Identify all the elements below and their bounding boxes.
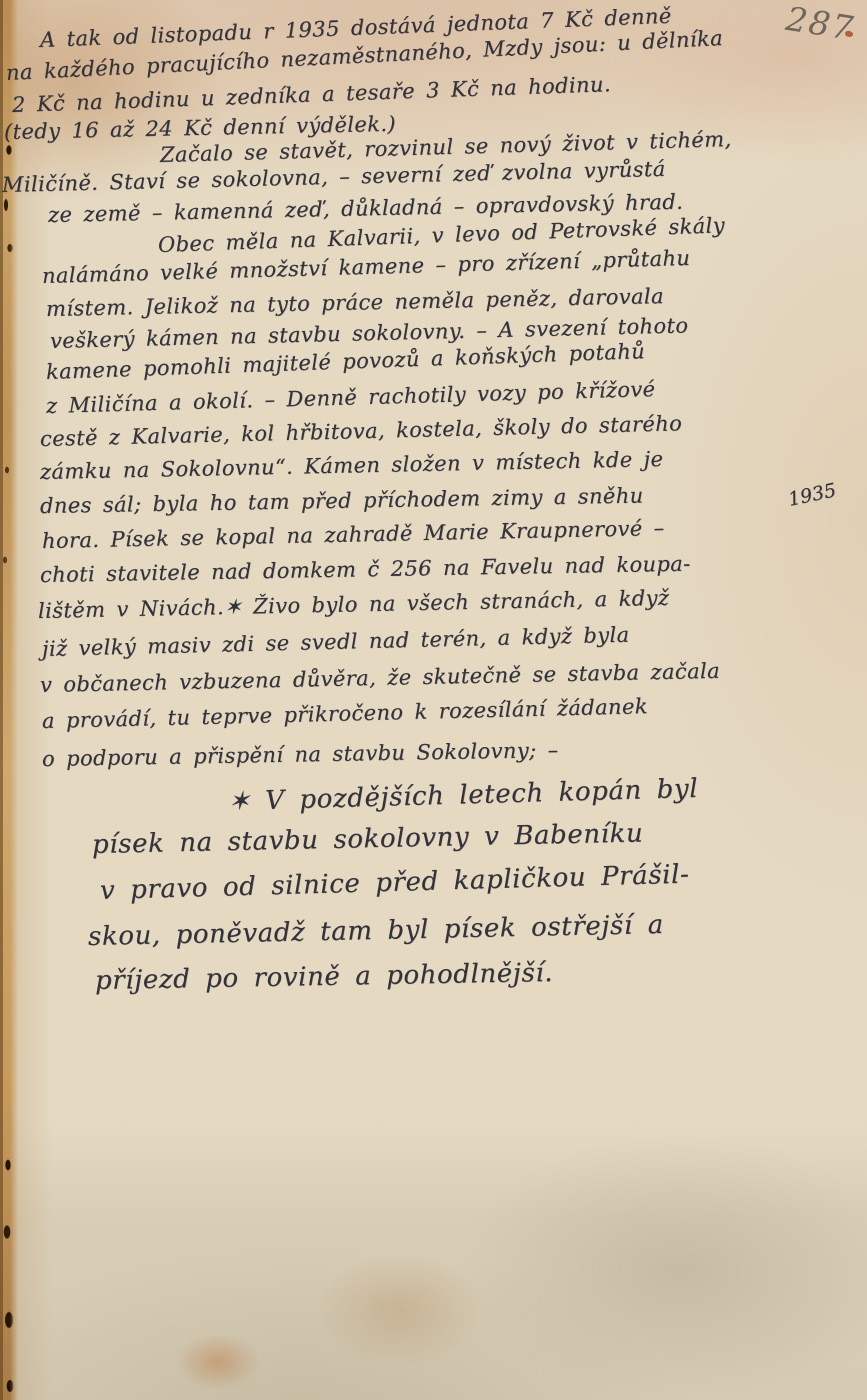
handwritten-line: již velký masiv zdi se svedl nad terén, …: [42, 623, 630, 661]
handwritten-line: v pravo od silnice před kapličkou Prášil…: [100, 860, 690, 906]
handwritten-line: dnes sál; byla ho tam před příchodem zim…: [40, 483, 644, 518]
handwritten-line: ✶ V pozdějších letech kopán byl: [228, 774, 699, 817]
handwritten-line: lištěm v Nivách.✶ Živo bylo na všech str…: [38, 586, 670, 623]
handwritten-line: písek na stavbu sokolovny v Babeníku: [92, 818, 644, 860]
handwritten-line: zámku na Sokolovnu“. Kámen složen v míst…: [40, 447, 664, 484]
handwritten-line: o podporu a přispění na stavbu Sokolovny…: [42, 738, 559, 771]
handwritten-line: a provádí, tu teprve přikročeno k rozesí…: [42, 694, 648, 733]
manuscript-page: 287 A tak od listopadu r 1935 dostává je…: [0, 0, 867, 1400]
handwritten-line: hora. Písek se kopal na zahradě Marie Kr…: [42, 516, 665, 553]
handwritten-line: příjezd po rovině a pohodlnější.: [95, 958, 554, 996]
margin-year-note: 1935: [786, 479, 838, 511]
handwritten-line: cestě z Kalvarie, kol hřbitova, kostela,…: [40, 411, 683, 451]
handwritten-line: z Miličína a okolí. – Denně rachotily vo…: [46, 377, 656, 418]
handwritten-line: choti stavitele nad domkem č 256 na Fave…: [40, 552, 691, 587]
page-number: 287: [783, 0, 857, 48]
handwritten-line: Miličíně. Staví se sokolovna, – severní …: [2, 157, 666, 197]
handwritten-line: skou, poněvadž tam byl písek ostřejší a: [88, 910, 664, 952]
handwritten-line: nalámáno velké množství kamene – pro zří…: [42, 246, 691, 288]
handwritten-line: v občanech vzbuzena důvěra, že skutečně …: [40, 659, 721, 697]
page-left-edge: [0, 0, 3, 1400]
